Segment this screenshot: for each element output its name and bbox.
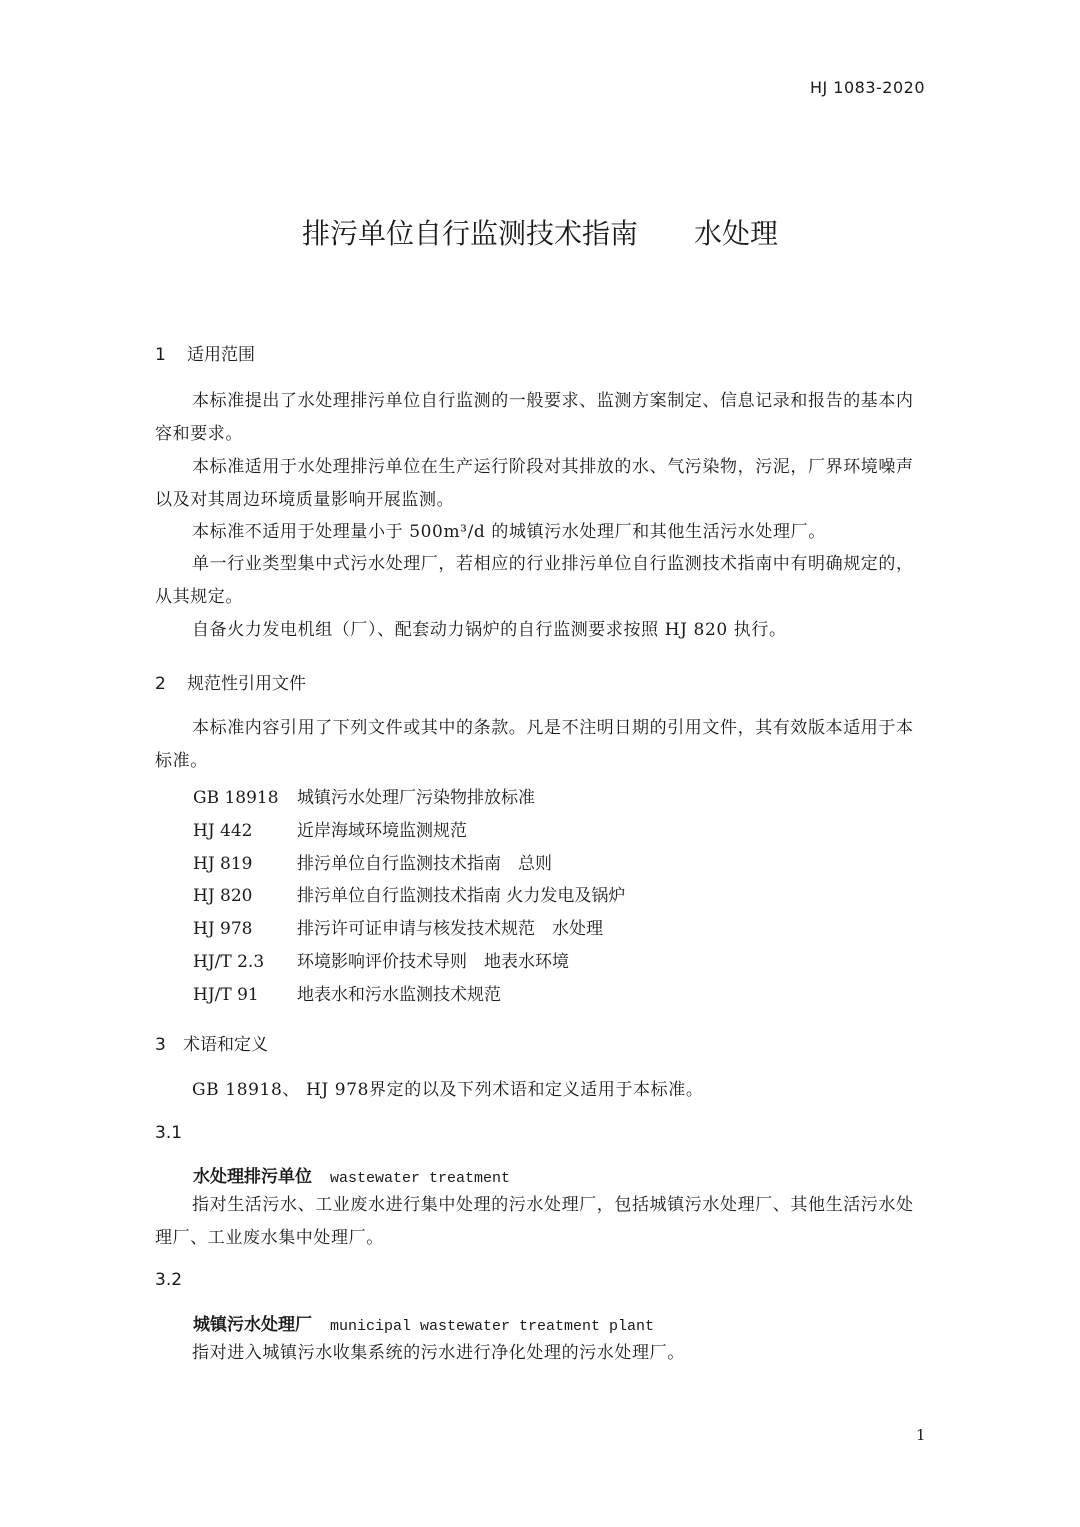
section-number: 2	[155, 674, 187, 694]
reference-title: 地表水和污水监测技术规范	[297, 985, 501, 1005]
reference-code: HJ 819	[193, 854, 297, 874]
paragraph: 本标准适用于水处理排污单位在生产运行阶段对其排放的水、气污染物，污泥，厂界环境噪…	[155, 451, 925, 517]
section-number: 1	[155, 345, 187, 365]
reference-title: 城镇污水处理厂污染物排放标准	[297, 788, 535, 808]
reference-code: HJ 442	[193, 821, 297, 841]
term-number: 3.2	[155, 1270, 182, 1290]
section-number: 3	[155, 1035, 183, 1055]
page-title: 排污单位自行监测技术指南 水处理	[0, 212, 1080, 252]
reference-code: HJ/T 91	[193, 985, 297, 1005]
paragraph: 本标准提出了水处理排污单位自行监测的一般要求、监测方案制定、信息记录和报告的基本…	[155, 385, 925, 451]
paragraph: GB 18918、 HJ 978界定的以及下列术语和定义适用于本标准。	[155, 1074, 925, 1107]
reference-item: HJ/T 91地表水和污水监测技术规范	[193, 980, 501, 1005]
reference-code: HJ 978	[193, 919, 297, 939]
term-zh: 水处理排污单位	[193, 1167, 312, 1187]
reference-title: 排污单位自行监测技术指南 总则	[297, 854, 552, 874]
term-heading: 水处理排污单位wastewater treatment	[193, 1162, 510, 1187]
reference-title: 排污单位自行监测技术指南 火力发电及锅炉	[297, 886, 625, 906]
reference-item: HJ 442近岸海域环境监测规范	[193, 816, 467, 841]
paragraph: 自备火力发电机组（厂）、配套动力锅炉的自行监测要求按照 HJ 820 执行。	[155, 614, 925, 647]
section-heading-3: 3术语和定义	[155, 1030, 268, 1055]
reference-title: 排污许可证申请与核发技术规范 水处理	[297, 919, 603, 939]
term-en: municipal wastewater treatment plant	[330, 1318, 654, 1335]
section-title: 规范性引用文件	[187, 674, 306, 694]
term-definition: 指对进入城镇污水收集系统的污水进行净化处理的污水处理厂。	[155, 1337, 925, 1370]
paragraph: 单一行业类型集中式污水处理厂，若相应的行业排污单位自行监测技术指南中有明确规定的…	[155, 548, 925, 614]
section-heading-1: 1适用范围	[155, 340, 255, 365]
page-number: 1	[916, 1426, 926, 1444]
term-en: wastewater treatment	[330, 1170, 510, 1187]
document-code: HJ 1083-2020	[810, 78, 925, 97]
paragraph: 本标准不适用于处理量小于 500m³/d 的城镇污水处理厂和其他生活污水处理厂。	[155, 516, 925, 549]
reference-item: HJ 820排污单位自行监测技术指南 火力发电及锅炉	[193, 881, 625, 906]
term-heading: 城镇污水处理厂municipal wastewater treatment pl…	[193, 1310, 654, 1335]
term-zh: 城镇污水处理厂	[193, 1315, 312, 1335]
reference-item: HJ 978排污许可证申请与核发技术规范 水处理	[193, 914, 603, 939]
term-definition: 指对生活污水、工业废水进行集中处理的污水处理厂，包括城镇污水处理厂、其他生活污水…	[155, 1189, 925, 1255]
section-title: 适用范围	[187, 345, 255, 365]
reference-code: GB 18918	[193, 788, 297, 808]
reference-code: HJ/T 2.3	[193, 952, 297, 972]
reference-title: 环境影响评价技术导则 地表水环境	[297, 952, 569, 972]
paragraph: 本标准内容引用了下列文件或其中的条款。凡是不注明日期的引用文件，其有效版本适用于…	[155, 712, 925, 778]
reference-item: GB 18918城镇污水处理厂污染物排放标准	[193, 783, 535, 808]
section-heading-2: 2规范性引用文件	[155, 669, 306, 694]
reference-item: HJ 819排污单位自行监测技术指南 总则	[193, 849, 552, 874]
reference-title: 近岸海域环境监测规范	[297, 821, 467, 841]
reference-code: HJ 820	[193, 886, 297, 906]
reference-item: HJ/T 2.3环境影响评价技术导则 地表水环境	[193, 947, 569, 972]
section-title: 术语和定义	[183, 1035, 268, 1055]
term-number: 3.1	[155, 1123, 182, 1143]
